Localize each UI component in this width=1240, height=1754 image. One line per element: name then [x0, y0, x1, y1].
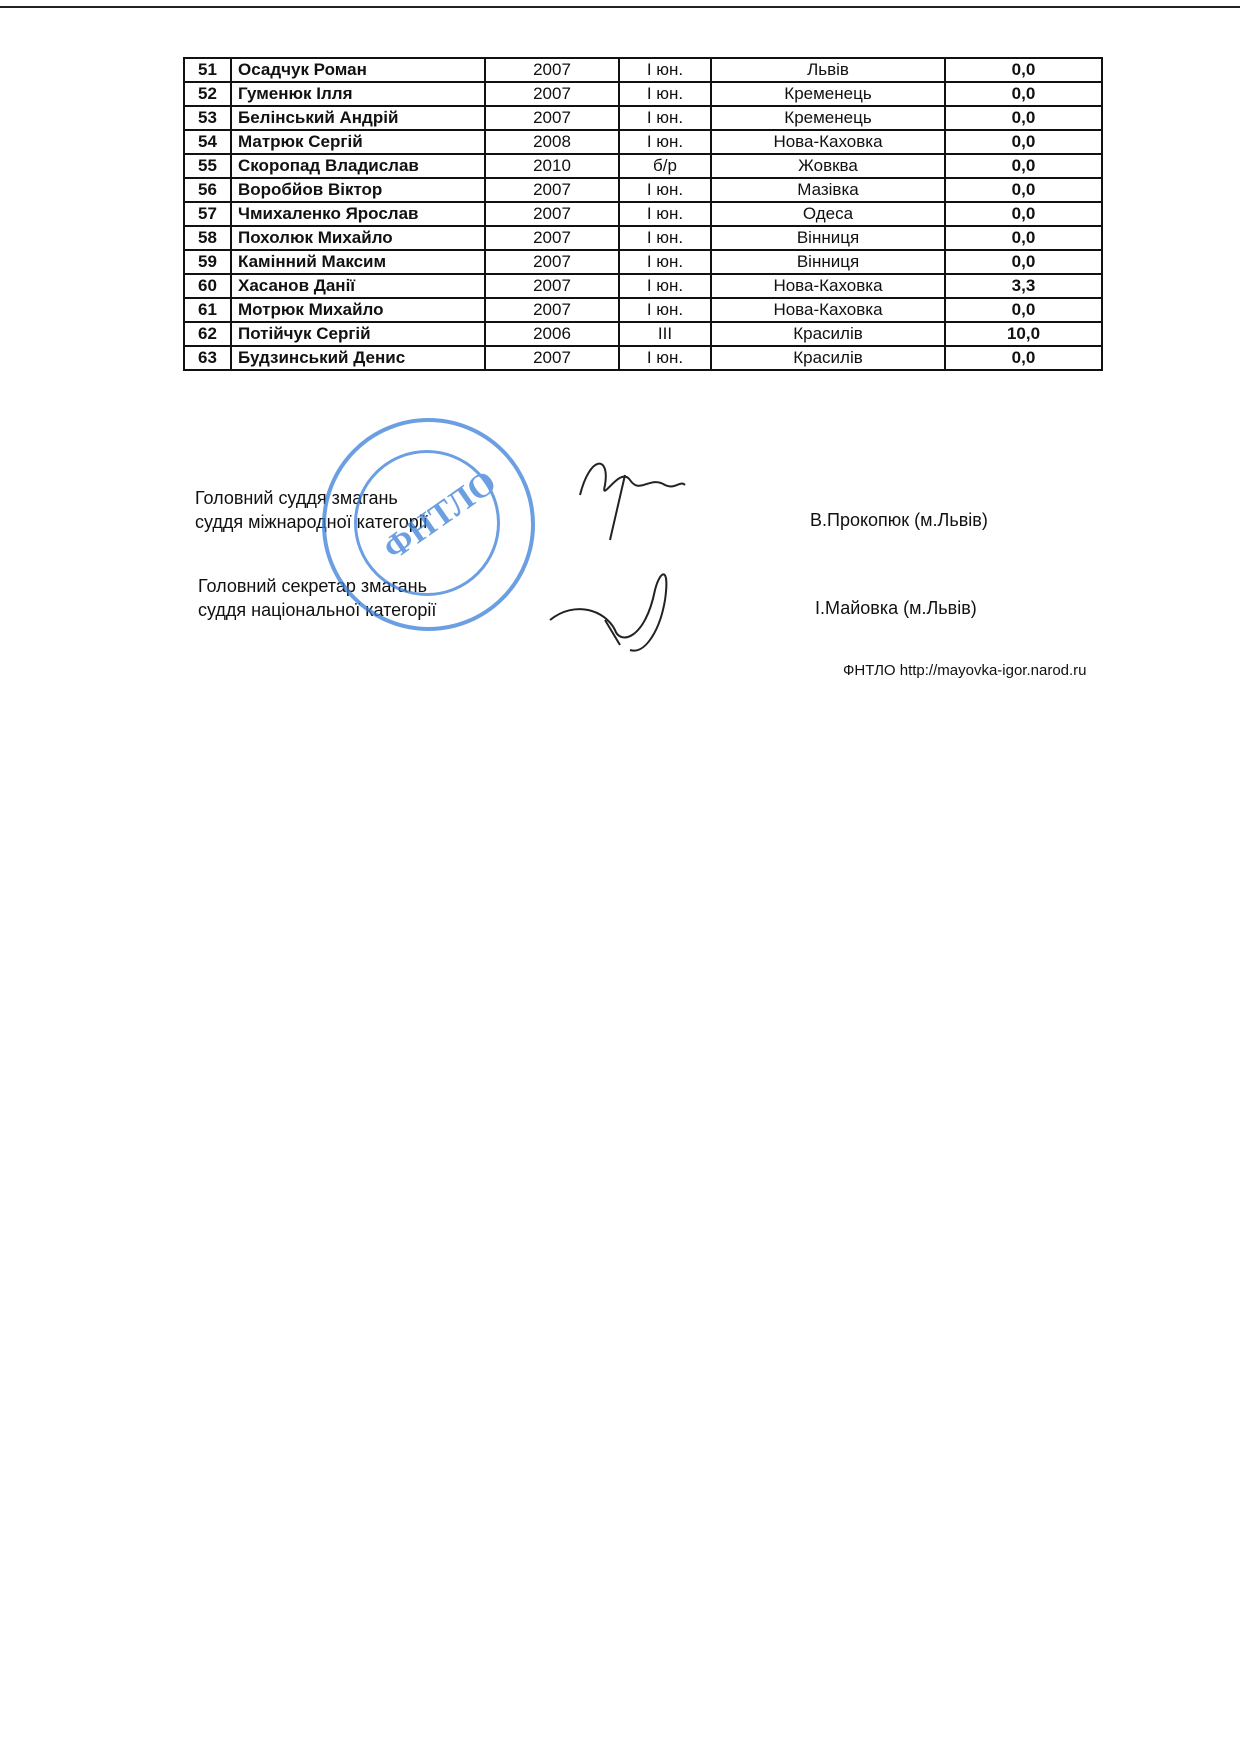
sport-rank: б/р [619, 154, 711, 178]
footer-url: ФНТЛО http://mayovka-igor.narod.ru [843, 662, 1087, 679]
table-row: 56Воробйов Віктор2007І юн.Мазівка0,0 [184, 178, 1102, 202]
row-number: 59 [184, 250, 231, 274]
official-stamp: ФНТЛО [322, 418, 535, 631]
city: Красилів [711, 322, 945, 346]
city: Нова-Каховка [711, 298, 945, 322]
birth-year: 2007 [485, 274, 619, 298]
rating-score: 0,0 [945, 346, 1102, 370]
row-number: 54 [184, 130, 231, 154]
table-row: 61Мотрюк Михайло2007І юн.Нова-Каховка0,0 [184, 298, 1102, 322]
secretary-signature [545, 560, 685, 660]
table-row: 55Скоропад Владислав2010б/рЖовква0,0 [184, 154, 1102, 178]
city: Жовква [711, 154, 945, 178]
city: Мазівка [711, 178, 945, 202]
birth-year: 2007 [485, 178, 619, 202]
birth-year: 2008 [485, 130, 619, 154]
birth-year: 2006 [485, 322, 619, 346]
rating-score: 0,0 [945, 178, 1102, 202]
results-table: 51Осадчук Роман2007І юн.Львів0,052Гуменю… [183, 57, 1103, 371]
rating-score: 0,0 [945, 106, 1102, 130]
birth-year: 2007 [485, 106, 619, 130]
row-number: 57 [184, 202, 231, 226]
sport-rank: І юн. [619, 298, 711, 322]
sport-rank: І юн. [619, 346, 711, 370]
sport-rank: І юн. [619, 274, 711, 298]
athlete-name: Будзинський Денис [231, 346, 485, 370]
row-number: 53 [184, 106, 231, 130]
athlete-name: Белінський Андрій [231, 106, 485, 130]
table-row: 63Будзинський Денис2007І юн.Красилів0,0 [184, 346, 1102, 370]
judge-name: В.Прокопюк (м.Львів) [810, 508, 988, 532]
athlete-name: Хасанов Данії [231, 274, 485, 298]
city: Нова-Каховка [711, 274, 945, 298]
sport-rank: І юн. [619, 202, 711, 226]
city: Львів [711, 58, 945, 82]
row-number: 58 [184, 226, 231, 250]
sport-rank: І юн. [619, 58, 711, 82]
city: Нова-Каховка [711, 130, 945, 154]
birth-year: 2007 [485, 226, 619, 250]
rating-score: 0,0 [945, 250, 1102, 274]
table-row: 57Чмихаленко Ярослав2007І юн.Одеса0,0 [184, 202, 1102, 226]
city: Кременець [711, 82, 945, 106]
athlete-name: Гуменюк Ілля [231, 82, 485, 106]
row-number: 62 [184, 322, 231, 346]
row-number: 61 [184, 298, 231, 322]
sport-rank: І юн. [619, 130, 711, 154]
sport-rank: І юн. [619, 226, 711, 250]
sport-rank: І юн. [619, 106, 711, 130]
table-row: 53Белінський Андрій2007І юн.Кременець0,0 [184, 106, 1102, 130]
athlete-name: Камінний Максим [231, 250, 485, 274]
sport-rank: І юн. [619, 250, 711, 274]
birth-year: 2007 [485, 250, 619, 274]
rating-score: 0,0 [945, 202, 1102, 226]
birth-year: 2007 [485, 58, 619, 82]
athlete-name: Чмихаленко Ярослав [231, 202, 485, 226]
athlete-name: Похолюк Михайло [231, 226, 485, 250]
table-row: 60Хасанов Данії2007І юн.Нова-Каховка3,3 [184, 274, 1102, 298]
sport-rank: І юн. [619, 82, 711, 106]
city: Красилів [711, 346, 945, 370]
birth-year: 2007 [485, 346, 619, 370]
athlete-name: Матрюк Сергій [231, 130, 485, 154]
birth-year: 2007 [485, 82, 619, 106]
judge-signature [570, 445, 690, 545]
rating-score: 0,0 [945, 298, 1102, 322]
birth-year: 2007 [485, 298, 619, 322]
rating-score: 0,0 [945, 58, 1102, 82]
row-number: 55 [184, 154, 231, 178]
table-row: 58Похолюк Михайло2007І юн.Вінниця0,0 [184, 226, 1102, 250]
city: Кременець [711, 106, 945, 130]
city: Вінниця [711, 250, 945, 274]
row-number: 63 [184, 346, 231, 370]
scan-edge-line [0, 6, 1240, 8]
rating-score: 0,0 [945, 154, 1102, 178]
rating-score: 10,0 [945, 322, 1102, 346]
birth-year: 2010 [485, 154, 619, 178]
sport-rank: І юн. [619, 178, 711, 202]
rating-score: 0,0 [945, 226, 1102, 250]
athlete-name: Осадчук Роман [231, 58, 485, 82]
rating-score: 3,3 [945, 274, 1102, 298]
city: Вінниця [711, 226, 945, 250]
table-row: 54Матрюк Сергій2008І юн.Нова-Каховка0,0 [184, 130, 1102, 154]
birth-year: 2007 [485, 202, 619, 226]
athlete-name: Воробйов Віктор [231, 178, 485, 202]
row-number: 60 [184, 274, 231, 298]
table-row: 59Камінний Максим2007І юн.Вінниця0,0 [184, 250, 1102, 274]
table-row: 51Осадчук Роман2007І юн.Львів0,0 [184, 58, 1102, 82]
row-number: 51 [184, 58, 231, 82]
row-number: 52 [184, 82, 231, 106]
rating-score: 0,0 [945, 82, 1102, 106]
table-row: 62Потійчук Сергій2006ІІІКрасилів10,0 [184, 322, 1102, 346]
athlete-name: Скоропад Владислав [231, 154, 485, 178]
athlete-name: Потійчук Сергій [231, 322, 485, 346]
table-row: 52Гуменюк Ілля2007І юн.Кременець0,0 [184, 82, 1102, 106]
row-number: 56 [184, 178, 231, 202]
rating-score: 0,0 [945, 130, 1102, 154]
secretary-name: І.Майовка (м.Львів) [815, 596, 977, 620]
athlete-name: Мотрюк Михайло [231, 298, 485, 322]
sport-rank: ІІІ [619, 322, 711, 346]
city: Одеса [711, 202, 945, 226]
